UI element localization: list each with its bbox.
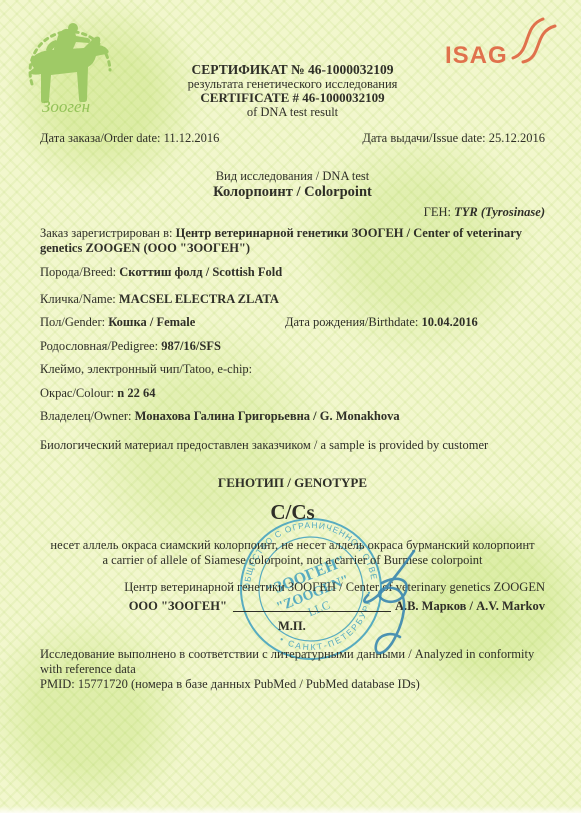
genotype-heading: ГЕНОТИП / GENOTYPE bbox=[40, 475, 545, 491]
test-kind-value: Колорпоинт / Colorpoint bbox=[40, 184, 545, 201]
pedigree-value: 987/16/SFS bbox=[161, 339, 221, 353]
zoogen-logo: Зооген bbox=[16, 10, 124, 130]
footer-note: Исследование выполнено в соответствии с … bbox=[40, 647, 545, 677]
test-kind-label: Вид исследования / DNA test bbox=[40, 169, 545, 184]
signature-ink bbox=[330, 545, 455, 670]
gender-birthdate-row: Пол/Gender: Кошка / Female Дата рождения… bbox=[40, 315, 545, 330]
gender-field: Пол/Gender: Кошка / Female bbox=[40, 315, 285, 330]
registered-row: Заказ зарегистрирован в: Центр ветеринар… bbox=[40, 226, 545, 256]
isag-label: ISAG bbox=[445, 42, 508, 70]
gene-value: TYR (Tyrosinase) bbox=[454, 205, 545, 219]
pedigree-row: Родословная/Pedigree: 987/16/SFS bbox=[40, 339, 545, 354]
gene-label: ГЕН: bbox=[424, 205, 451, 219]
pmid-note: PMID: 15771720 (номера в базе данных Pub… bbox=[40, 677, 545, 692]
sample-note: Биологический материал предоставлен зака… bbox=[40, 438, 545, 453]
gender-label: Пол/Gender: bbox=[40, 315, 105, 329]
breed-label: Порода/Breed: bbox=[40, 265, 116, 279]
breed-value: Скоттиш фолд / Scottish Fold bbox=[119, 265, 282, 279]
birthdate-field: Дата рождения/Birthdate: 10.04.2016 bbox=[285, 315, 478, 330]
breed-row: Порода/Breed: Скоттиш фолд / Scottish Fo… bbox=[40, 265, 545, 280]
signature-row: ООО "ЗООГЕН" А.В. Марков / A.V. Markov bbox=[40, 599, 545, 614]
genotype-description: несет аллель окраса сиамский колорпоинт,… bbox=[40, 538, 545, 567]
dates-row: Дата заказа/Order date: 11.12.2016 Дата … bbox=[40, 131, 545, 146]
genotype-desc-en: a carrier of allele of Siamese colorpoin… bbox=[40, 553, 545, 568]
birthdate-label: Дата рождения/Birthdate: bbox=[285, 315, 418, 329]
order-date-label: Дата заказа/Order date: bbox=[40, 131, 160, 145]
zoogen-logo-caption: Зооген bbox=[42, 97, 90, 116]
issue-date-label: Дата выдачи/Issue date: bbox=[362, 131, 485, 145]
genotype-desc-ru: несет аллель окраса сиамский колорпоинт,… bbox=[40, 538, 545, 553]
order-date: Дата заказа/Order date: 11.12.2016 bbox=[40, 131, 219, 146]
name-label: Кличка/Name: bbox=[40, 292, 116, 306]
colour-label: Окрас/Colour: bbox=[40, 386, 114, 400]
test-kind: Вид исследования / DNA test Колорпоинт /… bbox=[40, 169, 545, 201]
genotype-value: C/Cs bbox=[40, 500, 545, 524]
isag-logo: ISAG bbox=[443, 14, 561, 70]
owner-value: Монахова Галина Григорьевна / G. Monakho… bbox=[135, 409, 400, 423]
certificate-page: Зооген ISAG ОБЩЕСТВО С ОГРАНИЧЕННОЙ ОТВЕ… bbox=[0, 0, 581, 813]
birthdate-value: 10.04.2016 bbox=[422, 315, 478, 329]
llc-name: ООО "ЗООГЕН" bbox=[129, 599, 227, 614]
order-date-value: 11.12.2016 bbox=[164, 131, 220, 145]
dna-helix-icon bbox=[509, 14, 561, 64]
org-line: Центр ветеринарной генетики ЗООГЕН / Cen… bbox=[40, 580, 545, 595]
name-value: MACSEL ELECTRA ZLATA bbox=[119, 292, 279, 306]
pedigree-label: Родословная/Pedigree: bbox=[40, 339, 158, 353]
name-row: Кличка/Name: MACSEL ELECTRA ZLATA bbox=[40, 292, 545, 307]
tatoo-label: Клеймо, электронный чип/Tatoo, e-chip: bbox=[40, 362, 252, 376]
gene-row: ГЕН: TYR (Tyrosinase) bbox=[40, 205, 545, 220]
owner-label: Владелец/Owner: bbox=[40, 409, 131, 423]
colour-value: n 22 64 bbox=[117, 386, 155, 400]
tatoo-row: Клеймо, электронный чип/Tatoo, e-chip: bbox=[40, 362, 545, 377]
owner-row: Владелец/Owner: Монахова Галина Григорье… bbox=[40, 409, 545, 424]
gender-value: Кошка / Female bbox=[108, 315, 195, 329]
registered-label: Заказ зарегистрирован в: bbox=[40, 226, 172, 240]
issue-date: Дата выдачи/Issue date: 25.12.2016 bbox=[362, 131, 545, 146]
issue-date-value: 25.12.2016 bbox=[489, 131, 545, 145]
horse-rider-icon: Зооген bbox=[16, 10, 124, 130]
colour-row: Окрас/Colour: n 22 64 bbox=[40, 386, 545, 401]
